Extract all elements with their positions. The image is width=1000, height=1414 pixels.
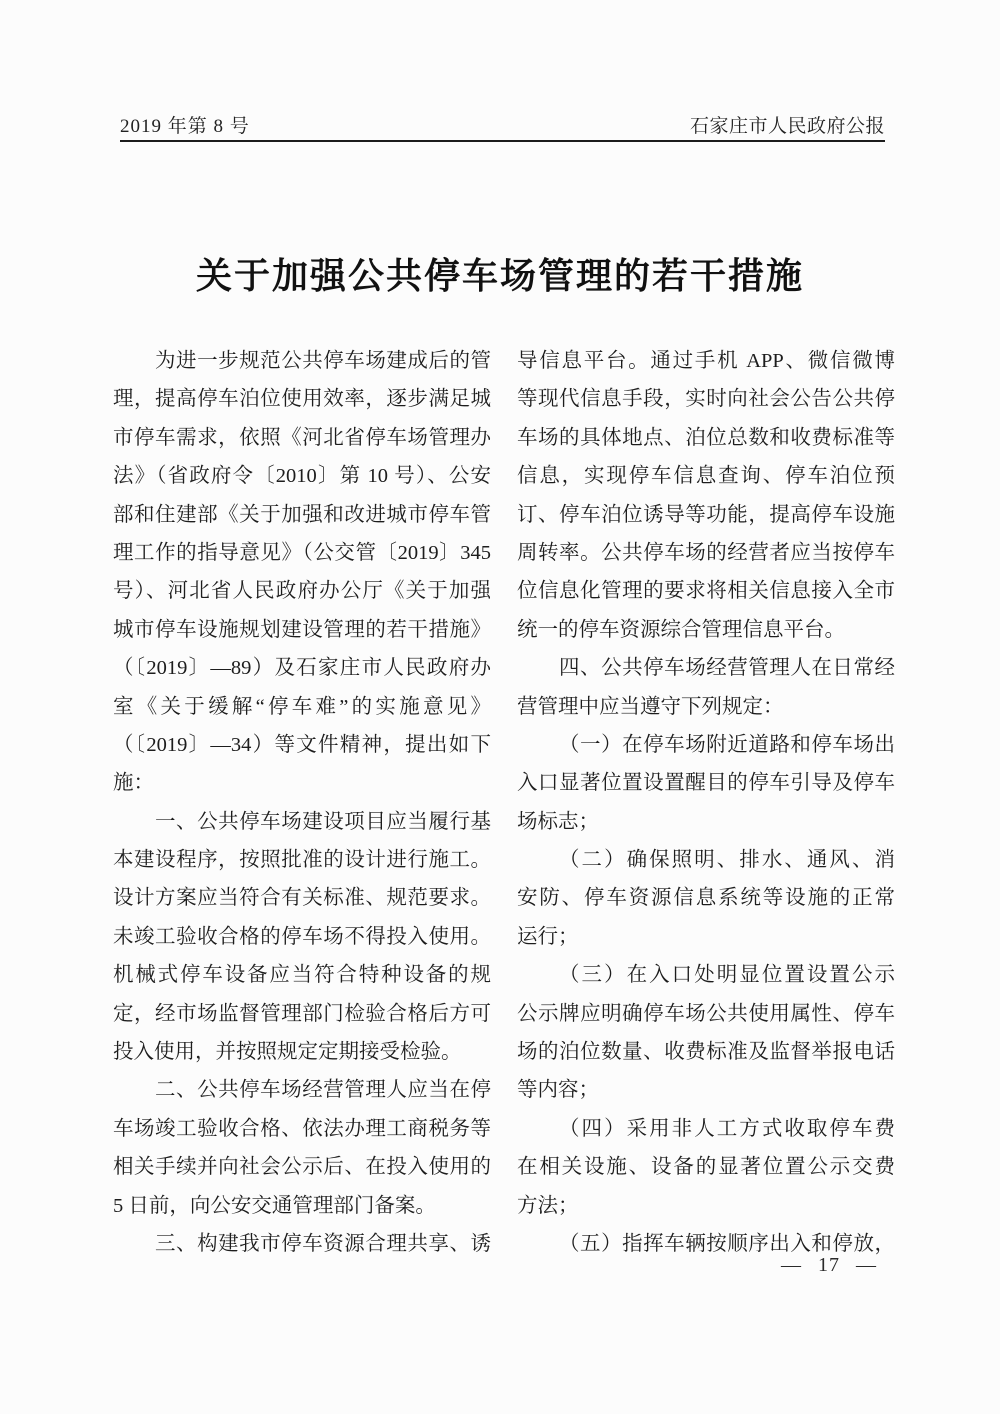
body-line: 在相关设施、设备的显著位置公示交费	[517, 1148, 895, 1186]
body-line: 法》（省政府令〔2010〕第 10 号）、公安	[113, 457, 491, 495]
body-line: 场标志；	[517, 803, 895, 841]
body-line: 车场竣工验收合格、依法办理工商税务等	[113, 1110, 491, 1148]
body-line: 理工作的指导意见》（公交管〔2019〕345	[113, 534, 491, 572]
body-line: 理，提高停车泊位使用效率，逐步满足城	[113, 380, 491, 418]
body-line: 室《关于缓解“停车难”的实施意见》	[113, 688, 491, 726]
body-line: 运行；	[517, 918, 895, 956]
body-line: 设计方案应当符合有关标准、规范要求。	[113, 879, 491, 917]
body-line: 部和住建部《关于加强和改进城市停车管	[113, 496, 491, 534]
body-line: 四、公共停车场经营管理人在日常经	[517, 649, 895, 687]
body-line: 相关手续并向社会公示后、在投入使用的	[113, 1148, 491, 1186]
body-line: 5 日前，向公安交通管理部门备案。	[113, 1187, 491, 1225]
page-header: 2019 年第 8 号 石家庄市人民政府公报	[120, 104, 885, 138]
body-line: 等内容；	[517, 1071, 895, 1109]
body-line: 城市停车设施规划建设管理的若干措施》	[113, 611, 491, 649]
body-line: 信息，实现停车信息查询、停车泊位预	[517, 457, 895, 495]
page-number: — 17 —	[781, 1254, 877, 1277]
body-line: 公示牌应明确停车场公共使用属性、停车	[517, 995, 895, 1033]
body-line: （一）在停车场附近道路和停车场出	[517, 726, 895, 764]
body-line: 本建设程序，按照批准的设计进行施工。	[113, 841, 491, 879]
column-left: 为进一步规范公共停车场建成后的管理，提高停车泊位使用效率，逐步满足城市停车需求，…	[113, 342, 491, 1263]
body-line: 位信息化管理的要求将相关信息接入全市	[517, 572, 895, 610]
body-line: 等现代信息手段，实时向社会公告公共停	[517, 380, 895, 418]
body-line: 三、构建我市停车资源合理共享、诱	[113, 1225, 491, 1263]
body-line: 为进一步规范公共停车场建成后的管	[113, 342, 491, 380]
body-line: 未竣工验收合格的停车场不得投入使用。	[113, 918, 491, 956]
body-line: 入口显著位置设置醒目的停车引导及停车	[517, 764, 895, 802]
body-line: 方法；	[517, 1187, 895, 1225]
body-line: 投入使用，并按照规定定期接受检验。	[113, 1033, 491, 1071]
issue-number: 2019 年第 8 号	[120, 111, 250, 138]
body-line: 施：	[113, 764, 491, 802]
body-line: 二、公共停车场经营管理人应当在停	[113, 1071, 491, 1109]
header-rule	[120, 140, 885, 142]
body-line: 号）、河北省人民政府办公厅《关于加强	[113, 572, 491, 610]
body-line: 订、停车泊位诱导等功能，提高停车设施	[517, 496, 895, 534]
body-columns: 为进一步规范公共停车场建成后的管理，提高停车泊位使用效率，逐步满足城市停车需求，…	[113, 342, 895, 1263]
body-line: （二）确保照明、排水、通风、消防、	[517, 841, 895, 879]
body-line: 定，经市场监督管理部门检验合格后方可	[113, 995, 491, 1033]
body-line: 导信息平台。通过手机 APP、微信微博	[517, 342, 895, 380]
body-line: 车场的具体地点、泊位总数和收费标准等	[517, 419, 895, 457]
body-line: 机械式停车设备应当符合特种设备的规	[113, 956, 491, 994]
gazette-page: 2019 年第 8 号 石家庄市人民政府公报 关于加强公共停车场管理的若干措施 …	[0, 0, 1000, 1414]
body-line: 统一的停车资源综合管理信息平台。	[517, 611, 895, 649]
body-line: 安防、停车资源信息系统等设施的正常	[517, 879, 895, 917]
document-title: 关于加强公共停车场管理的若干措施	[0, 250, 1000, 302]
body-line: （〔2019〕—89）及石家庄市人民政府办公	[113, 649, 491, 687]
body-line: 营管理中应当遵守下列规定：	[517, 688, 895, 726]
publication-title: 石家庄市人民政府公报	[690, 111, 885, 138]
body-line: 市停车需求，依照《河北省停车场管理办	[113, 419, 491, 457]
body-line: （四）采用非人工方式收取停车费的，	[517, 1110, 895, 1148]
body-line: （〔2019〕—34）等文件精神，提出如下措	[113, 726, 491, 764]
body-line: 周转率。公共停车场的经营者应当按停车	[517, 534, 895, 572]
body-line: 一、公共停车场建设项目应当履行基	[113, 803, 491, 841]
column-right: 导信息平台。通过手机 APP、微信微博等现代信息手段，实时向社会公告公共停车场的…	[517, 342, 895, 1263]
body-line: （三）在入口处明显位置设置公示牌，	[517, 956, 895, 994]
body-line: 场的泊位数量、收费标准及监督举报电话	[517, 1033, 895, 1071]
